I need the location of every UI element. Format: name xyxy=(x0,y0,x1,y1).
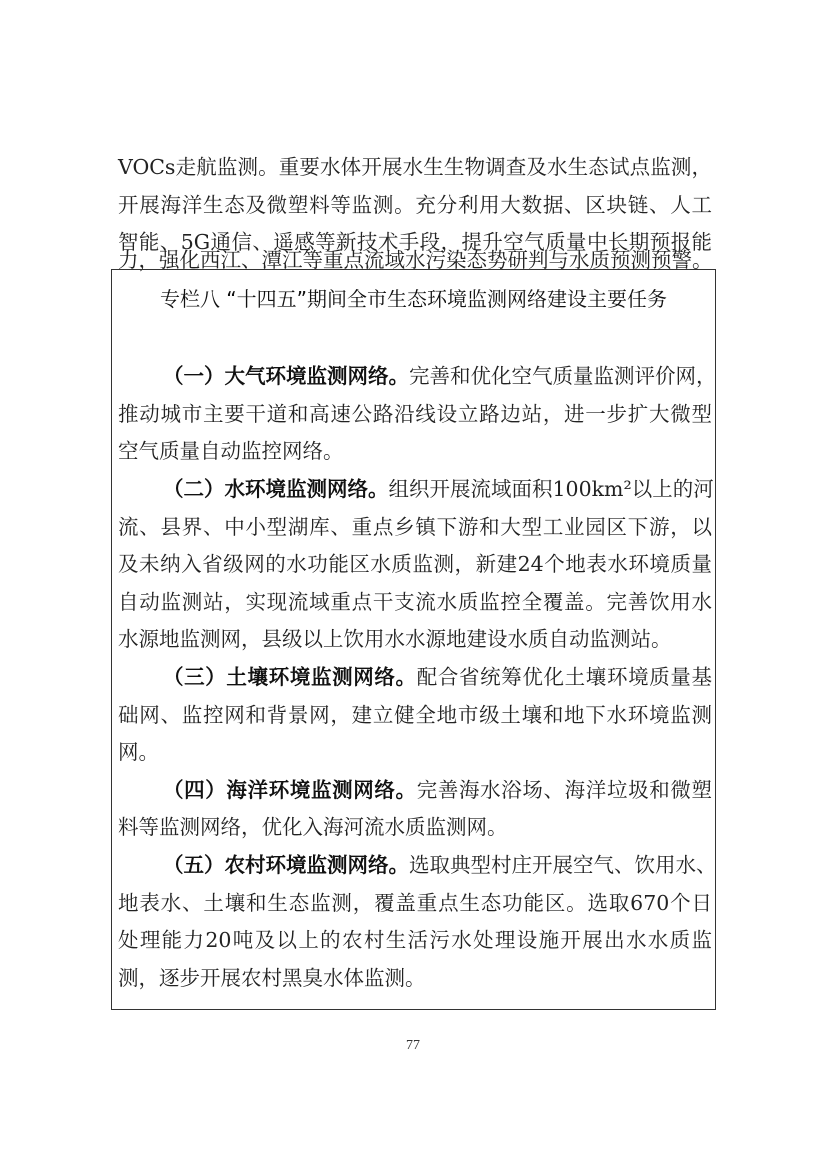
section-text-line: 水源地监测网，县级以上饮用水水源地建设水质自动监测站。 xyxy=(118,622,672,652)
column-title: 专栏八 “十四五”期间全市生态环境监测网络建设主要任务 xyxy=(111,283,716,312)
body-text-line: VOCs走航监测。重要水体开展水生生物调查及水生态试点监测， xyxy=(118,150,712,180)
body-text-line: 开展海洋生态及微塑料等监测。充分利用大数据、区块链、人工 xyxy=(118,188,712,218)
section-text-line: 及未纳入省级网的水功能区水质监测，新建24个地表水环境质量 xyxy=(118,547,712,577)
section-first-line: （五）农村环境监测网络。选取典型村庄开展空气、饮用水、 xyxy=(163,848,712,878)
section-heading: （三）土壤环境监测网络。 xyxy=(163,665,417,689)
section-heading: （五）农村环境监测网络。 xyxy=(163,853,409,877)
section-text-line: 处理能力20吨及以上的农村生活污水处理设施开展出水水质监 xyxy=(118,923,712,953)
section-text-line: 地表水、土壤和生态监测，覆盖重点生态功能区。选取670个日 xyxy=(118,886,712,916)
section-text-line: 测，逐步开展农村黑臭水体监测。 xyxy=(118,961,426,991)
section-text: 组织开展流域面积100km²以上的河 xyxy=(389,477,714,501)
section-first-line: （一）大气环境监测网络。完善和优化空气质量监测评价网， xyxy=(163,359,712,389)
page-number: 77 xyxy=(0,1038,826,1054)
section-text-line: 推动城市主要干道和高速公路沿线设立路边站，进一步扩大微型 xyxy=(118,397,712,427)
section-first-line: （二）水环境监测网络。组织开展流域面积100km²以上的河 xyxy=(163,472,712,502)
section-text: 完善海水浴场、海洋垃圾和微塑 xyxy=(417,778,712,802)
section-heading: （二）水环境监测网络。 xyxy=(163,477,389,501)
section-first-line: （四）海洋环境监测网络。完善海水浴场、海洋垃圾和微塑 xyxy=(163,773,712,803)
section-text-line: 础网、监控网和背景网，建立健全地市级土壤和地下水环境监测 xyxy=(118,698,712,728)
section-heading: （一）大气环境监测网络。 xyxy=(163,364,409,388)
section-text-line: 网。 xyxy=(118,735,159,765)
section-text-line: 料等监测网络，优化入海河流水质监测网。 xyxy=(118,810,508,840)
section-text: 配合省统筹优化土壤环境质量基 xyxy=(417,665,712,689)
section-text: 选取典型村庄开展空气、饮用水、 xyxy=(409,853,717,877)
section-heading: （四）海洋环境监测网络。 xyxy=(163,778,417,802)
section-text: 完善和优化空气质量监测评价网， xyxy=(409,364,717,388)
section-text-line: 空气质量自动监控网络。 xyxy=(118,434,344,464)
section-text-line: 自动监测站，实现流域重点干支流水质监控全覆盖。完善饮用水 xyxy=(118,585,712,615)
section-first-line: （三）土壤环境监测网络。配合省统筹优化土壤环境质量基 xyxy=(163,660,712,690)
section-text-line: 流、县界、中小型湖库、重点乡镇下游和大型工业园区下游，以 xyxy=(118,510,712,540)
